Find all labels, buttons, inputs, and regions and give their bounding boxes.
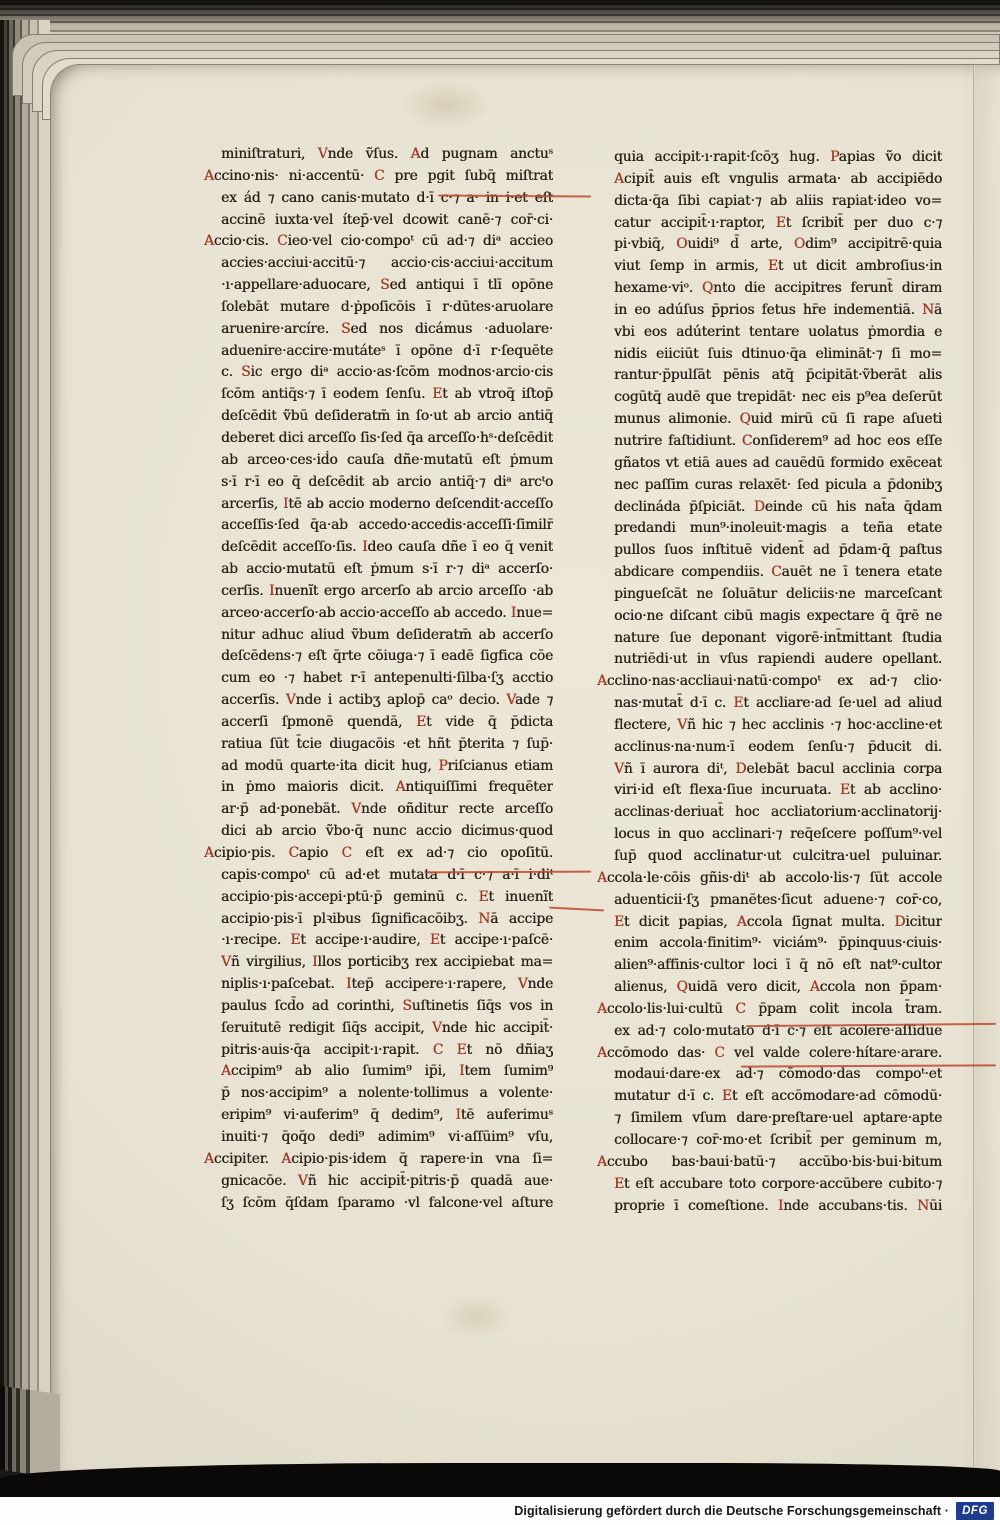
text-line: modaui·dare·ex ad·⁊ cōmodo·das compoᵗ·et	[614, 1064, 942, 1086]
text-line: dicta·q̄a ſibi capiat·⁊ ab aliis rapiat·…	[614, 191, 942, 213]
text-line: ad modū quarte·ita dicit hug, Priſcianus…	[221, 756, 553, 778]
scan-bottom-background	[0, 1463, 1000, 1497]
parchment-stain	[441, 1295, 511, 1340]
text-line: inuiti·⁊ q̄oq̄o dedi⁹ adimim⁹ vi·aſſūim⁹…	[221, 1127, 553, 1149]
text-line: munus alimonie. Quid mirū cū ſi rape aſu…	[614, 409, 942, 431]
text-line: nutriēdi·ut in vſus rapiendi audere opel…	[614, 649, 942, 671]
text-line: viri·id eſt flexa·ſiue incuruata. Et ab …	[614, 780, 942, 802]
text-line: dici ab arcio ṽbo·q̄ nunc accio dicimus·…	[221, 821, 553, 843]
text-line: nec paſſim curas relaxēt· ſed picula a p…	[614, 475, 942, 497]
text-line: eripim⁹ vi·auferim⁹ q̄ dedim⁹, Itē aufer…	[221, 1105, 553, 1127]
text-line: hexame·viᵒ. Qnto die accipitres ferunt̄ …	[614, 278, 942, 300]
text-line: viut ſemp in armis, Et ut dicit ambroſiu…	[614, 256, 942, 278]
manuscript-scan: miniſtraturi, Vnde ṽſus. Ad pugnam anctu…	[0, 0, 1000, 1525]
text-line: Accōmodo das· C vel valde colere·hítare·…	[597, 1043, 942, 1065]
text-line: ab arceo·ces·iḋo cauſa dñe·mutatū eſt ṗm…	[221, 450, 553, 472]
text-line: pingueſcāt ne ſoluātur deliciis·ne marce…	[614, 584, 942, 606]
text-line: deſcēdit ṽbū deſideratm̄ in ſo·ut ab arc…	[221, 406, 553, 428]
book-left-page-edges	[0, 20, 50, 1468]
text-line: ex ád ⁊ cano canis·mutato d·ī c·⁊ a· in …	[221, 188, 553, 210]
text-column-right: quia accipit·ı·rapit·ſcōʒ hug. Papias ṽo…	[614, 147, 942, 1217]
text-line: ar·p̄ ad·ponebāt. Vnde oñditur recte arc…	[221, 799, 553, 821]
text-line: c. Sic ergo diᵃ accio·as·ſcōm modnos·arc…	[221, 362, 553, 384]
text-line: Accolo·lis·lui·cultū C p̄pam colit incol…	[597, 999, 942, 1021]
text-line: abdicare compendiis. Cauēt ne ī tenera e…	[614, 562, 942, 584]
text-line: s·ī r·ī eo q̄ deſcēdit ab arcio antiq̄·⁊…	[221, 472, 553, 494]
text-line: Vñ virgilius, Illos porticibʒ rex accipi…	[221, 952, 553, 974]
text-line: Et dicit papias, Accola ſignat multa. Di…	[614, 912, 942, 934]
text-line: Accino·nis· ni·accentū· C pre pgit ſubq̄…	[204, 166, 553, 188]
text-line: ſeruitutē redigit ſiq̄s accipit, Vnde hi…	[221, 1018, 553, 1040]
text-line: arcerſis, Itē ab accio moderno deſcendit…	[221, 494, 553, 516]
text-line: Vñ ī aurora diᵗ, Delebāt bacul acclinia …	[614, 759, 942, 781]
text-line: predandi mun⁹·inoleuit·magis a teña etat…	[614, 518, 942, 540]
text-line: vbi eos adúterint tentare uolatus ṗmordi…	[614, 322, 942, 344]
text-line: accerſi ſpmonē quendā, Et vide q̄ p̄dict…	[221, 712, 553, 734]
text-line: aduenire·accire·mutáteˢ ī opōne d·ī r·ſe…	[221, 341, 553, 363]
text-line: Acipit̄ auis eſt vngulis armata· ab acci…	[614, 169, 942, 191]
text-line: acclinus·na·num·ī eodem ſenſu·⁊ p̄ducit …	[614, 737, 942, 759]
text-line: ſolebāt mutare d·ṗpoſicōis ī r·dūtes·aru…	[221, 297, 553, 319]
text-column-left: miniſtraturi, Vnde ṽſus. Ad pugnam anctu…	[221, 144, 553, 1214]
text-line: accipio·pis·accepi·ptū·p̄ geminū c. Et i…	[221, 887, 553, 909]
text-line: Acclino·nas·accliaui·natū·compoᵗ ex ad·⁊…	[597, 671, 942, 693]
text-line: ſup̄ quod acclinatur·ut culcitra·uel pul…	[614, 846, 942, 868]
text-line: niplis·ı·paſcebat. Itep̄ accipere·ı·rape…	[221, 974, 553, 996]
text-line: gnicacōe. Vñ hic accipit̄·pitris·p̄ quad…	[221, 1171, 553, 1193]
page-fold-shading	[974, 65, 1000, 1473]
text-line: collocare·⁊ cor̄·mo·et ſcribit̄ per gemi…	[614, 1130, 942, 1152]
text-line: cerſis. Inuenĩt ergo arcerſo ab arcio ar…	[221, 581, 553, 603]
text-line: Accipiter. Acipio·pis·idem q̄ rapere·in …	[204, 1149, 553, 1171]
text-line: catur accipit̄·ı·raptor, Et ſcribit̄ per…	[614, 213, 942, 235]
text-line: accerſis. Vnde i actibʒ aplop̄ caᵒ decio…	[221, 690, 553, 712]
text-line: proprie ī comeſtione. Inde accubans·tis.…	[614, 1196, 942, 1218]
text-line: in ṗmo maioris dicit. Antiquiſſimi frequ…	[221, 777, 553, 799]
text-line: Et eſt accubare toto corpore·accūbere cu…	[614, 1174, 942, 1196]
text-line: in eo adúſus p̄prios fetus hr̄e indement…	[614, 300, 942, 322]
parchment-page: miniſtraturi, Vnde ṽſus. Ad pugnam anctu…	[50, 64, 1000, 1473]
text-line: aduenticii·ſʒ pmanētes·ſicut aduene·⁊ co…	[614, 890, 942, 912]
credit-text: Digitalisierung gefördert durch die Deut…	[514, 1504, 949, 1518]
text-line: deſcēdit acceſſo·ſis. Ideo cauſa dñe ī e…	[221, 537, 553, 559]
digitization-credit-bar: Digitalisierung gefördert durch die Deut…	[0, 1497, 1000, 1525]
text-line: Accio·cis. Cieo·vel cio·compoᵗ cū ad·⁊ d…	[204, 231, 553, 253]
text-line: paulus ſcd̄o ad corinthi, Suſtinetis ſiq…	[221, 996, 553, 1018]
text-line: nature ſue deponant vigorē·int̄mittant ſ…	[614, 628, 942, 650]
text-line: declináda p̄ſpiciāt. Deinde cū his nat̄a…	[614, 497, 942, 519]
text-line: Acipio·pis. Capio C eſt ex ad·⁊ cio opoſ…	[204, 843, 553, 865]
parchment-stain	[401, 80, 491, 130]
text-line: enim accola·finitim⁹· viciám⁹· p̄pinquus…	[614, 933, 942, 955]
text-line: Accubo bas·baui·batū·⁊ accūbo·bis·bui·bi…	[597, 1152, 942, 1174]
text-line: Accola·le·cōis gñis·diᵗ ab accolo·lis·⁊ …	[597, 868, 942, 890]
text-line: deberet dici arceſſo ſis·ſed q̄a arceſſo…	[221, 428, 553, 450]
rubric-underline	[549, 907, 604, 911]
text-line: pullos ſuos inſtituē vident̄ ad p̄dam·q̄…	[614, 540, 942, 562]
text-line: ⁊ ſimilem vſum dare·preſtare·uel aptare·…	[614, 1108, 942, 1130]
text-line: arceo·accerſo·ab accio·acceſſo ab accedo…	[221, 603, 553, 625]
text-line: ·ı·recipe. Et accipe·ı·audire, Et accipe…	[221, 930, 553, 952]
text-line: p̄ nos·accipim⁹ a nolente·tollimus a vol…	[221, 1083, 553, 1105]
dfg-logo: DFG	[956, 1502, 994, 1520]
text-line: ratiua ſūt t̄cie diugacōis ·et hñt p̄ter…	[221, 734, 553, 756]
text-line: ſcōm antiq̄s·⁊ ī eodem ſenſu. Et ab vtro…	[221, 384, 553, 406]
text-line: deſcēdens·⁊ eſt q̄rte cōiuga·⁊ ī eadē ſi…	[221, 646, 553, 668]
text-line: nidis eiiciūt ſuis dtinuo·q̄a elimināt·⁊…	[614, 344, 942, 366]
text-line: cum eo ·⁊ habet r·ī antepenulti·ſilba·ſʒ…	[221, 668, 553, 690]
text-line: cogūtq̄ audē que trepidāt· nec eis p⁹ea …	[614, 387, 942, 409]
text-line: accies·acciui·accitū·⁊ accio·cis·acciui·…	[221, 253, 553, 275]
text-line: acclinas·deriuat̄ hoc accliatorium·accli…	[614, 802, 942, 824]
text-line: locus in quo acclinari·⁊ req̄eſcere poſſ…	[614, 824, 942, 846]
text-line: quia accipit·ı·rapit·ſcōʒ hug. Papias ṽo…	[614, 147, 942, 169]
text-line: mutatur d·ī c. Et eſt accōmodare·ad cōmo…	[614, 1086, 942, 1108]
text-line: pi·vbiq̄, Ouidi⁹ d̄ arte, Odim⁹ accipitr…	[614, 234, 942, 256]
text-line: nutrire faſtidiunt. Conſiderem⁹ ad hoc e…	[614, 431, 942, 453]
text-line: alien⁹·affinis·cultor loci ī q̄ nō eſt n…	[614, 955, 942, 977]
text-line: capis·compoᵗ cū ad·et mutata d·ī c·⁊ a·ī…	[221, 865, 553, 887]
text-line: ·ı·appellare·aduocare, Sed antiqui ī tlī…	[221, 275, 553, 297]
text-line: rantur·p̄pulſāt pēnis atq̄ p̄cipitāt·ṽbe…	[614, 365, 942, 387]
text-line: accinē iuxta·vel ítep̄·vel dcowit canē·⁊…	[221, 210, 553, 232]
text-line: flectere, Vñ hic ⁊ hec acclinis ·⁊ hoc·a…	[614, 715, 942, 737]
text-line: accipio·pis·ī plꝛibus ſignificacōibʒ. Nā…	[221, 909, 553, 931]
text-line: nas·mutat̄ d·ī c. Et accliare·ad ſe·uel …	[614, 693, 942, 715]
text-line: alienus, Quidā vero dicit, Accola non p̄…	[614, 977, 942, 999]
book-bottom-left-edges	[0, 1386, 60, 1478]
text-line: pitris·auis·q̄a accipit·ı·rapit. C Et nō…	[221, 1040, 553, 1062]
text-line: ocio·ne diſcant cibū magis expectare q̄ …	[614, 606, 942, 628]
text-line: miniſtraturi, Vnde ṽſus. Ad pugnam anctu…	[221, 144, 553, 166]
text-line: ab accio·mutatū eſt ṗmum s·ī r·⁊ diᵃ acc…	[221, 559, 553, 581]
text-line: aruenire·arcíre. Sed nos dicámus ·aduola…	[221, 319, 553, 341]
text-line: nitur adhuc aliud ṽbum deſideratm̄ ab ac…	[221, 625, 553, 647]
text-line: acceſſis·ſed q̄a·ab accedo·accedis·acceſ…	[221, 515, 553, 537]
text-line: ſʒ ſcōm q̄ſdam ſparamo ·vl falcone·vel a…	[221, 1193, 553, 1215]
text-line: gñatos vt etiā aues ad cauēdū formido ex…	[614, 453, 942, 475]
text-line: Accipim⁹ ab alio ſumim⁹ ip̄i, Item ſumim…	[221, 1061, 553, 1083]
